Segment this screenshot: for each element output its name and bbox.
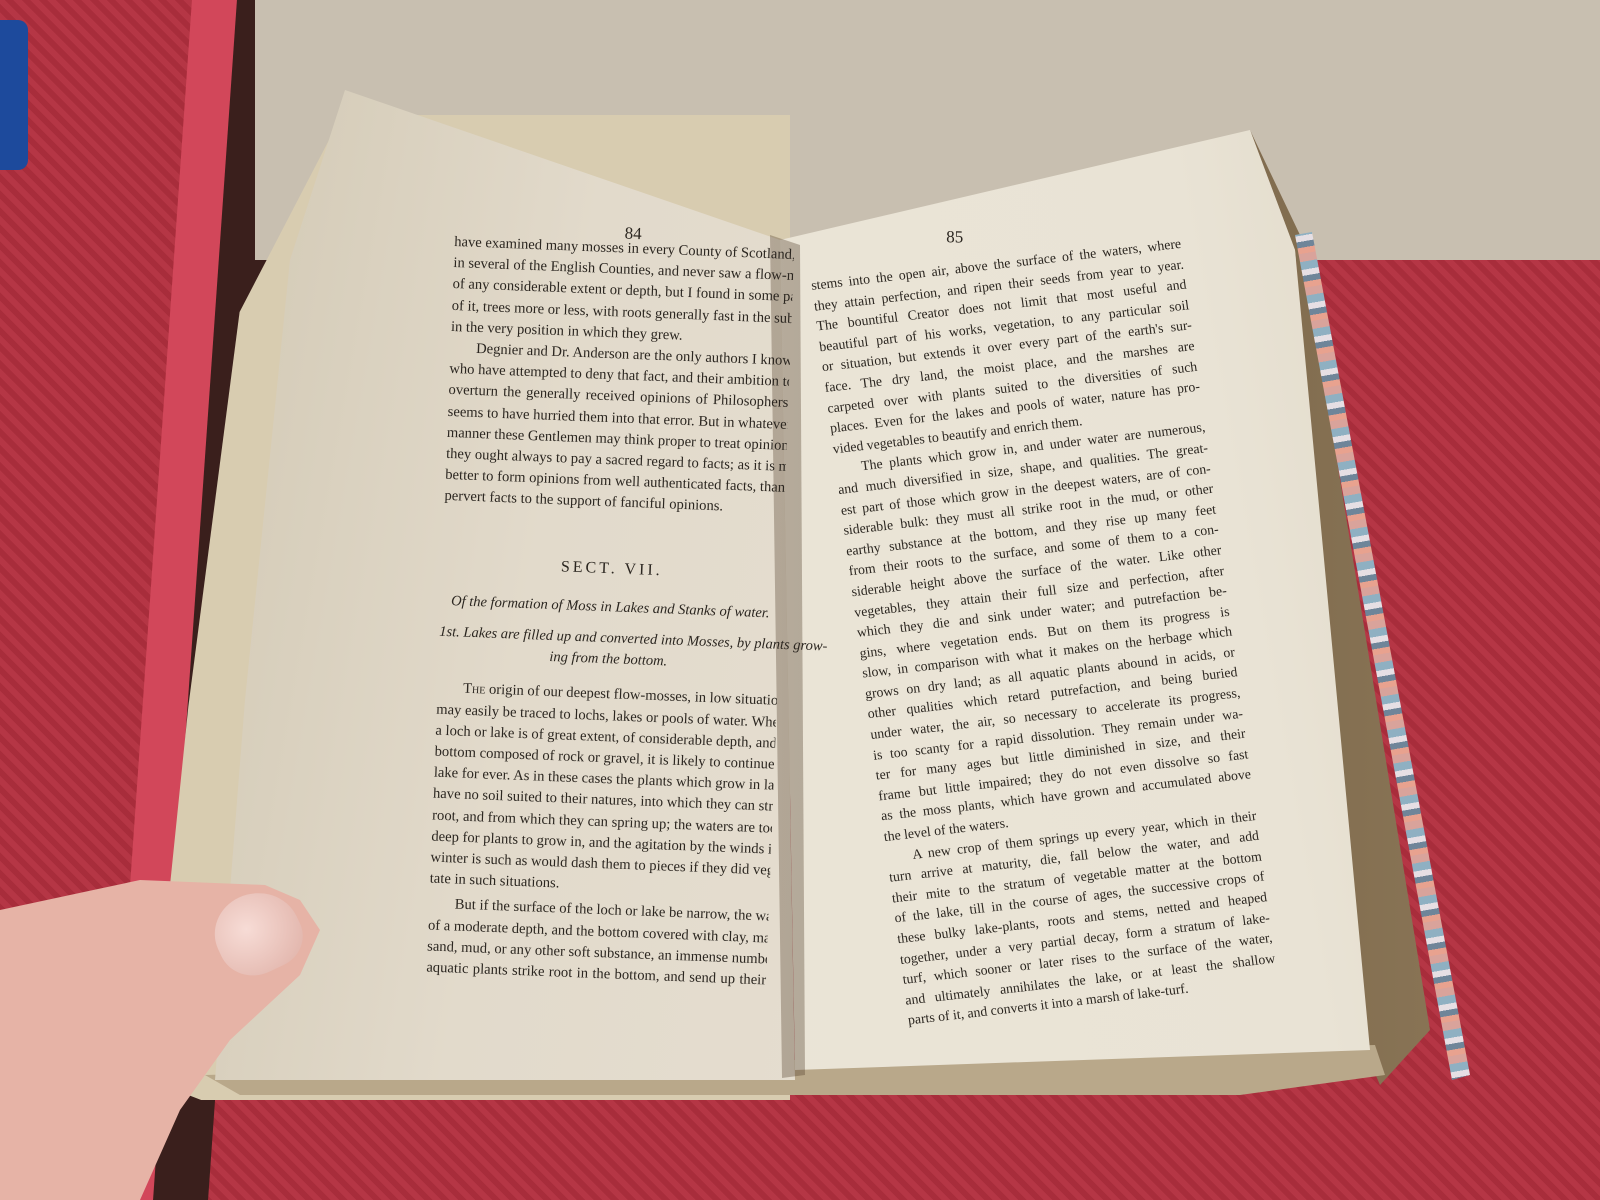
left-paragraph-1: have examined many mosses in every Count… bbox=[451, 232, 795, 351]
right-paragraph-2: The plants which grow in, and under wate… bbox=[834, 418, 1255, 848]
left-page-text: 84 have examined many mosses in every Co… bbox=[426, 222, 795, 992]
left-paragraph-2: Degnier and Dr. Anderson are the only au… bbox=[444, 338, 790, 521]
page-number-right: 85 bbox=[946, 227, 963, 248]
left-paragraph-3: The origin of our deepest flow-mosses, i… bbox=[429, 678, 777, 903]
section-title: SECT. VII. bbox=[442, 551, 783, 585]
drop-word: The bbox=[463, 681, 486, 698]
page-number-left: 84 bbox=[624, 223, 642, 245]
section-subtitle: Of the formation of Moss in Lakes and St… bbox=[440, 591, 781, 625]
left-paragraph-4: But if the surface of the loch or lake b… bbox=[426, 894, 769, 992]
